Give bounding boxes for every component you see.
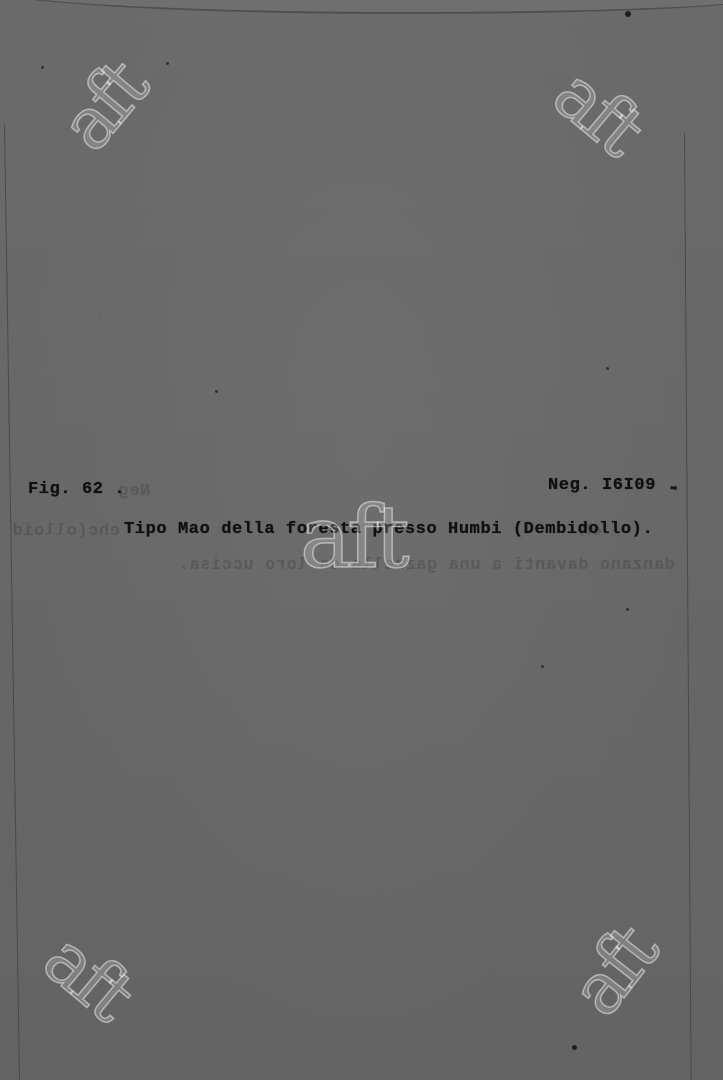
card-top-edge: [0, 0, 723, 14]
figure-label: Fig. 62 .: [28, 480, 125, 499]
bleed-through-text: danzano davanti a una gazzella da loro u…: [178, 556, 675, 575]
aft-watermark: aft: [300, 495, 406, 581]
dust-speck: [215, 390, 218, 393]
aft-watermark: aft: [48, 50, 159, 163]
negative-number: Neg. I6I09 .: [548, 476, 678, 495]
dust-speck: [541, 665, 544, 668]
left-margin-rule: [4, 125, 20, 1080]
ink-speck: [572, 1045, 577, 1050]
dust-speck: [626, 608, 629, 611]
aft-watermark: aft: [542, 56, 655, 167]
bleed-through-text: ehc(olloid: [12, 522, 120, 541]
dust-speck: [606, 367, 609, 370]
dust-speck: [166, 62, 169, 65]
aft-watermark: aft: [32, 921, 145, 1032]
ink-speck: [625, 11, 631, 17]
scanned-document-page: ehc(olloid danzano davanti a una gazzell…: [0, 0, 723, 1080]
dust-speck: [41, 66, 44, 69]
right-margin-rule: [684, 133, 692, 1080]
aft-watermark: aft: [558, 915, 668, 1028]
